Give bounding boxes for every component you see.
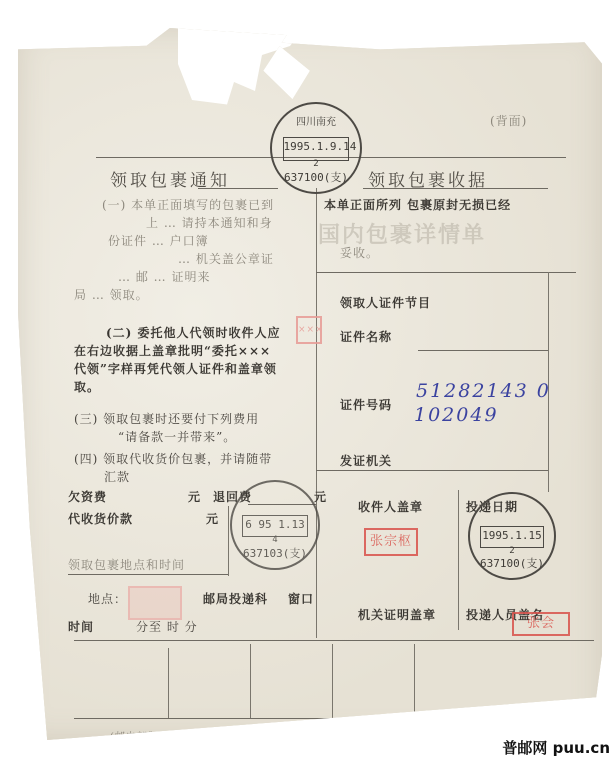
postmark-right-zip: 637100(支) [470, 555, 554, 571]
item1-line2: 上 … 请持本通知和身 [146, 214, 273, 231]
org-seal-label: 机关证明盖章 [358, 606, 436, 623]
header-note: (背面) [490, 112, 527, 129]
item1-line3: 份证件 … 户口簿 [108, 232, 209, 249]
fee-cod-label: 代收货价款 [68, 510, 133, 527]
postmark-right: 1995.1.15 2 637100(支) [468, 492, 556, 580]
item4-line2: 汇款 [104, 468, 130, 485]
fee-postage-due-label: 欠资费 [68, 488, 107, 505]
item2-line1: (二) 委托他人代领时收件人应 [106, 324, 281, 341]
stamp-box-left [228, 506, 229, 576]
bottom-col-3 [332, 644, 333, 718]
item2-line3: 代领”字样再凭代领人证件和盖章领 [74, 360, 277, 377]
address-window: 窗口 [288, 590, 314, 607]
time-label: 时间 [68, 618, 94, 635]
fee-cod-unit: 元 [206, 510, 219, 527]
postmark-middle-date: 6 95 1.13 [242, 515, 307, 538]
postmark-top: 四川南充 1995.1.9.14 2 637100(支) [270, 102, 362, 194]
bottom-col-1 [168, 648, 169, 718]
item3-line2: “请备款一并带来”。 [118, 428, 236, 445]
issuer-label: 发证机关 [340, 452, 392, 469]
parcel-notice-document: 国内包裹详情单 (背面) 领取包裹通知 领取包裹收据 (一) 本单正面填写的包裹… [18, 28, 602, 740]
pickup-rule [68, 574, 228, 575]
id-number-label: 证件号码 [340, 396, 392, 413]
postmark-middle-zip: 637103(支) [232, 545, 318, 561]
postmark-middle-sub: 4 [232, 535, 318, 545]
item4-line1: (四) 领取代收货价包裹，并请随带 [74, 450, 272, 467]
item1-line4: … 机关盖公章证 [178, 250, 274, 267]
bottom-table-top [74, 640, 594, 641]
bottom-col-2 [250, 644, 251, 718]
item2-line4: 取。 [74, 378, 100, 395]
courier-seal-chop: 张会 [512, 612, 570, 636]
fee-return-unit: 元 [314, 488, 327, 505]
recipient-seal-label: 收件人盖章 [358, 498, 423, 515]
faint-red-chop [128, 586, 182, 620]
center-divider [316, 188, 317, 638]
item3-line1: (三) 领取包裹时还要付下列费用 [74, 410, 259, 427]
item2-line2: 在右边收据上盖章批明“委托××× [74, 342, 271, 359]
postmark-top-place: 四川南充 [272, 113, 360, 128]
postmark-top-zip: 637100(支) [272, 169, 360, 185]
item1-line6: 局 … 领取。 [74, 286, 149, 303]
time-value: 分至 时 分 [136, 618, 198, 635]
receipt-rule-1 [316, 272, 576, 273]
fee-postage-due-unit: 元 [188, 488, 201, 505]
id-name-label: 证件名称 [340, 328, 392, 345]
footer-note: (邮电部制 … 自带领取，从反面开始，依照规定注意事项) [110, 728, 392, 743]
address-suffix: 邮局投递科 [203, 590, 268, 607]
receipt-line1: 本单正面所列 包裹原封无损已经 [324, 196, 511, 213]
seal-divider [458, 490, 459, 630]
postmark-middle: 6 95 1.13 4 637103(支) [230, 480, 320, 570]
receipt-line1b: 妥收。 [340, 244, 379, 261]
postmark-top-sub: 2 [272, 159, 360, 169]
pickup-label: 领取包裹地点和时间 [68, 556, 185, 573]
address-label: 地点： [88, 590, 127, 607]
item1-line5: … 邮 … 证明来 [118, 268, 210, 285]
id-number-handwritten-2: 102049 [414, 404, 499, 426]
postmark-right-date: 1995.1.15 [480, 526, 544, 548]
bottom-table-bottom [74, 718, 594, 719]
small-red-mark: ××× [296, 316, 322, 344]
site-watermark: 普邮网 puu.cn [502, 737, 610, 758]
id-name-rule [418, 350, 548, 351]
bottom-col-4 [414, 644, 415, 718]
torn-corner [178, 28, 318, 118]
left-title-underline [198, 188, 278, 189]
issuer-rule [316, 470, 548, 471]
id-number-handwritten-1: 51282143 0 [416, 380, 551, 402]
recipient-seal-chop: 张宗枢 [364, 528, 418, 556]
item1-line1: (一) 本单正面填写的包裹已到 [102, 196, 274, 213]
id-section-label: 领取人证件节目 [340, 294, 431, 311]
postmark-top-date: 1995.1.9.14 [283, 137, 350, 160]
right-title-underline [363, 188, 548, 189]
